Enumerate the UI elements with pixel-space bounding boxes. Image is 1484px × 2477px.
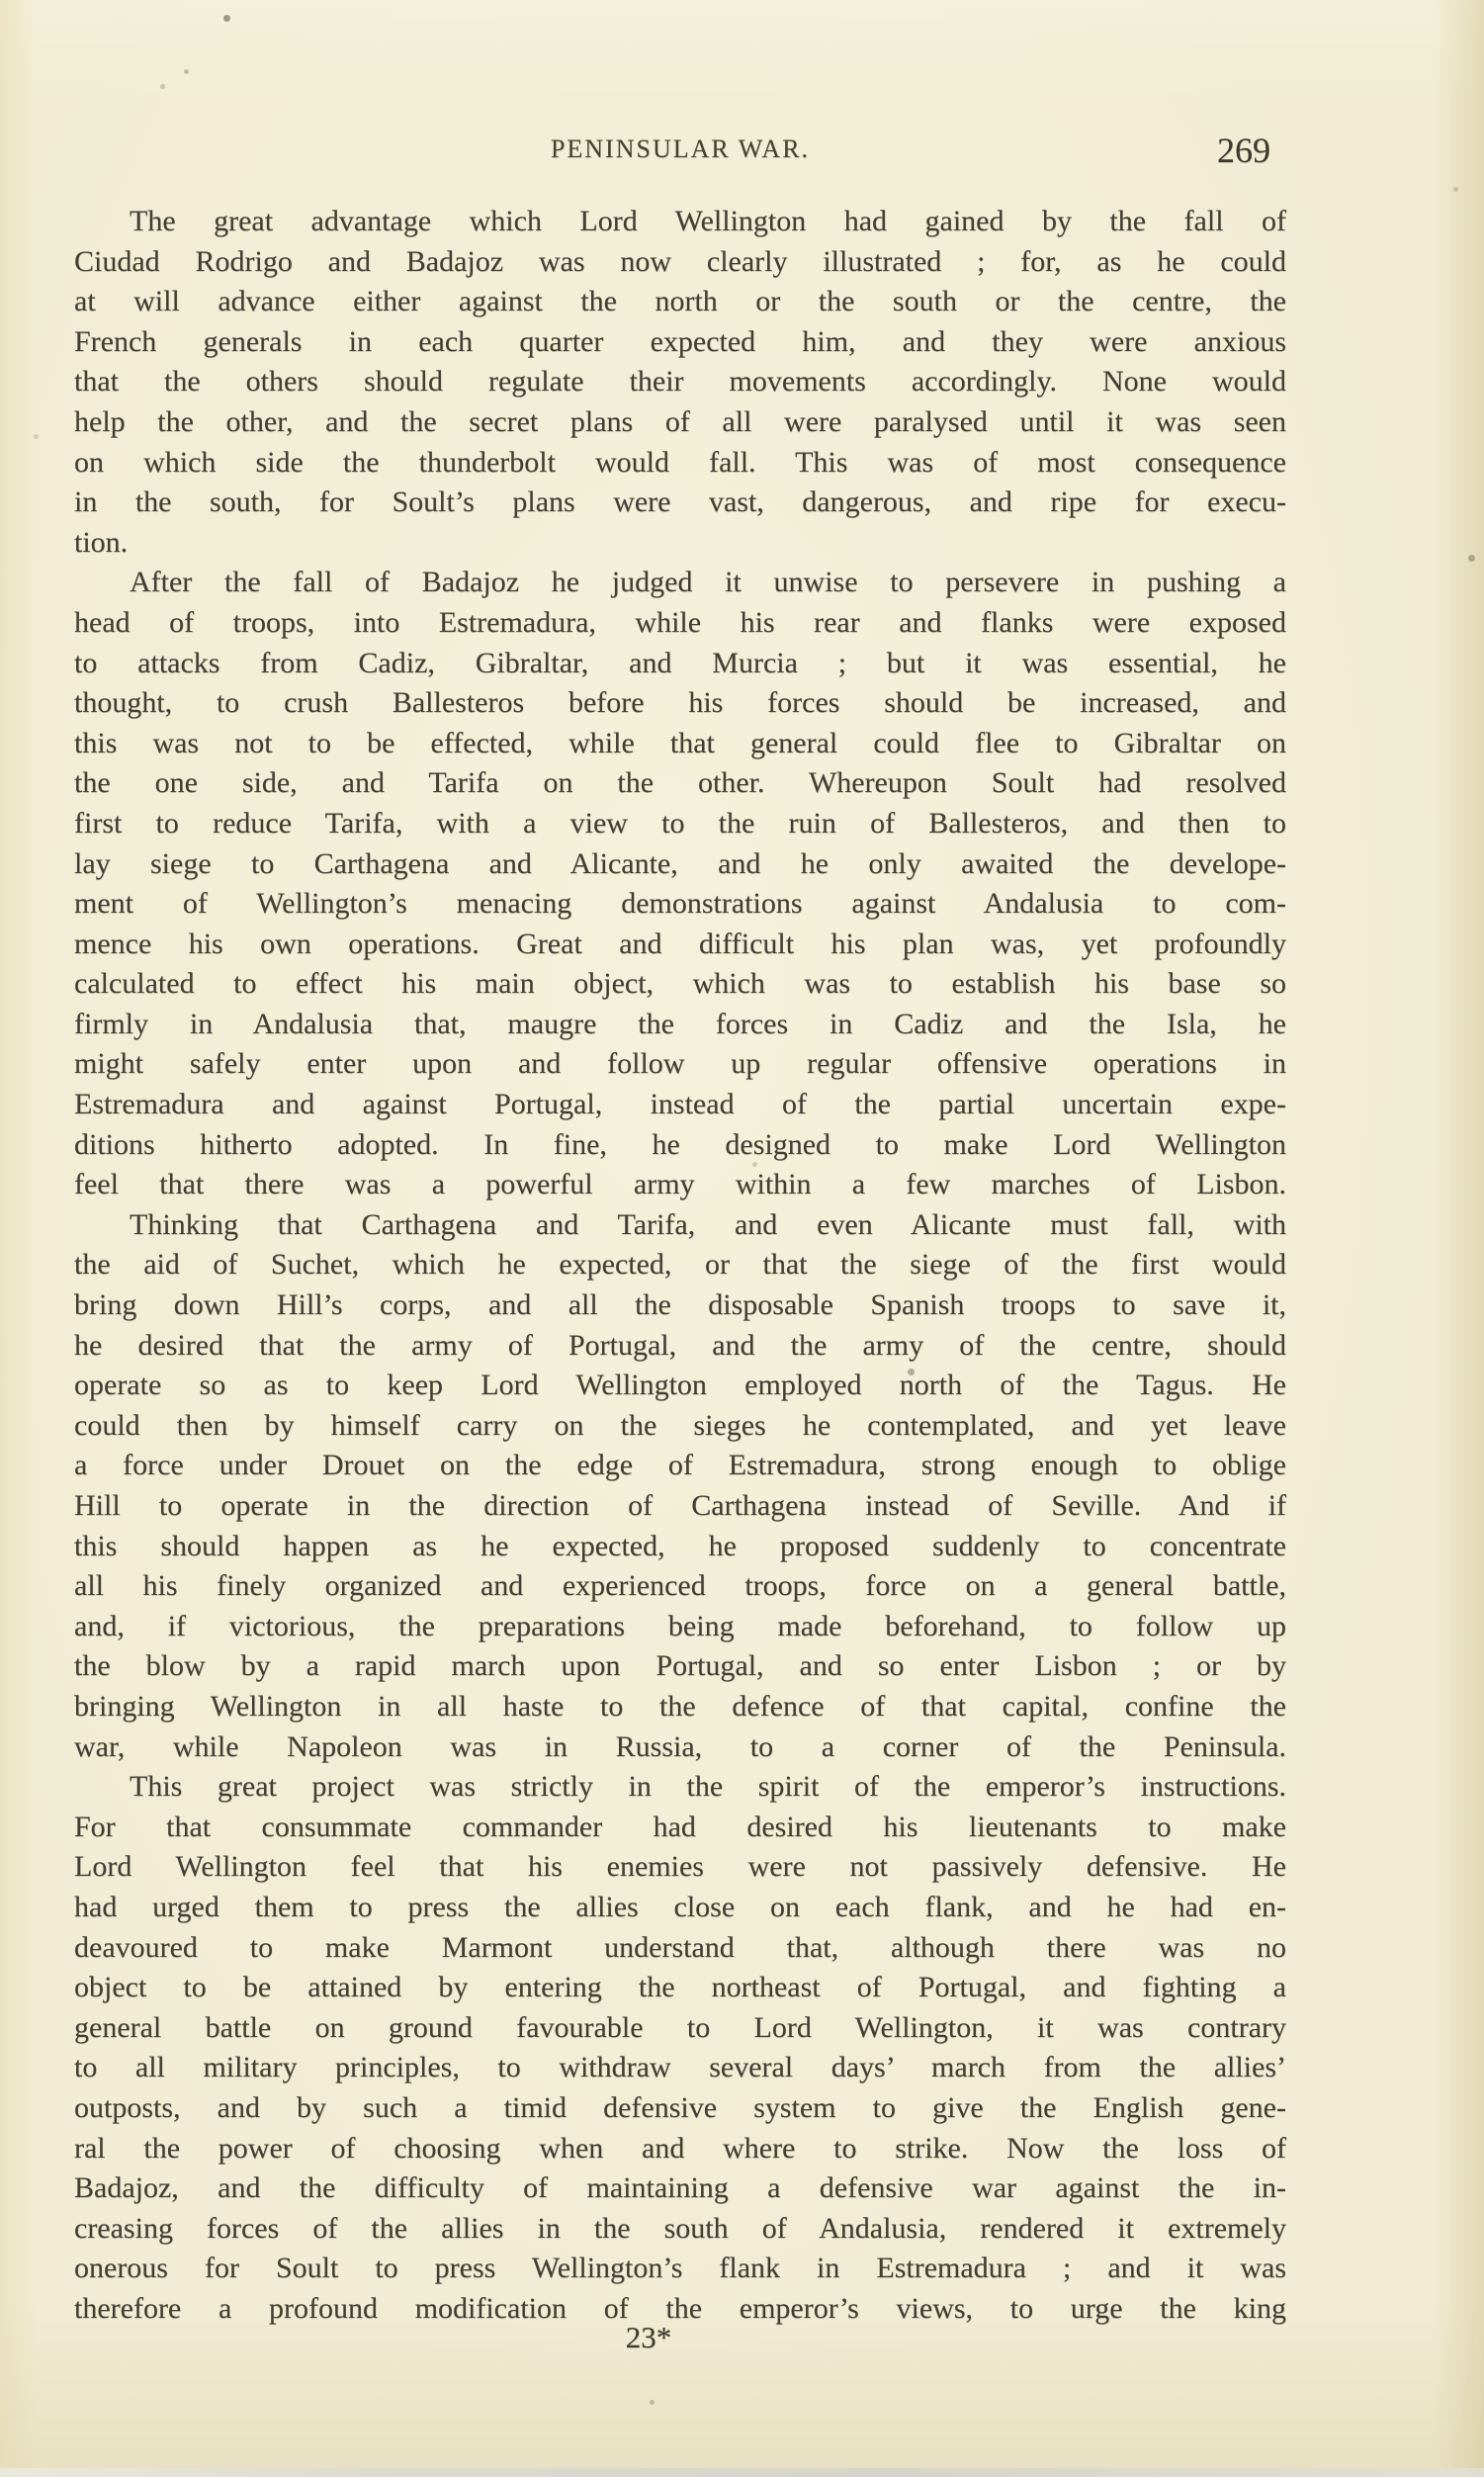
text-line: that the others should regulate their mo… (74, 362, 1286, 402)
signature-mark: 23* (43, 2322, 1255, 2352)
paper-specks (0, 0, 3, 3)
text-line: tion. (74, 523, 1286, 564)
paragraph: Thinking that Carthagena and Tarifa, and… (74, 1205, 1286, 1767)
text-line: Badajoz, and the difficulty of maintaini… (74, 2168, 1286, 2209)
scan-edge (0, 2468, 1484, 2477)
paragraph: This great project was strictly in the s… (74, 1767, 1286, 2329)
page-number: 269 (1217, 133, 1270, 168)
text-line: might safely enter upon and follow up re… (74, 1044, 1286, 1085)
text-line: object to be attained by entering the no… (74, 1968, 1286, 2008)
text-line: The great advantage which Lord Wellingto… (74, 202, 1286, 242)
text-line: this was not to be effected, while that … (74, 724, 1286, 764)
text-line: For that consummate commander had desire… (74, 1808, 1286, 1848)
paragraph: The great advantage which Lord Wellingto… (74, 202, 1286, 563)
text-line: ment of Wellington’s menacing demonstrat… (74, 884, 1286, 925)
text-line: French generals in each quarter expected… (74, 322, 1286, 363)
text-line: to all military principles, to withdraw … (74, 2048, 1286, 2088)
text-line: he desired that the army of Portugal, an… (74, 1326, 1286, 1367)
text-line: thought, to crush Ballesteros before his… (74, 683, 1286, 724)
text-line: calculated to effect his main object, wh… (74, 964, 1286, 1005)
text-line: ral the power of choosing when and where… (74, 2129, 1286, 2169)
text-line: the blow by a rapid march upon Portugal,… (74, 1646, 1286, 1687)
text-line: the one side, and Tarifa on the other. W… (74, 763, 1286, 804)
text-line: ditions hitherto adopted. In fine, he de… (74, 1125, 1286, 1166)
text-line: lay siege to Carthagena and Alicante, an… (74, 844, 1286, 885)
text-line: at will advance either against the north… (74, 282, 1286, 322)
text-line: a force under Drouet on the edge of Estr… (74, 1446, 1286, 1486)
text-line: to attacks from Cadiz, Gibraltar, and Mu… (74, 644, 1286, 684)
paragraph: After the fall of Badajoz he judged it u… (74, 563, 1286, 1205)
text-line: bringing Wellington in all haste to the … (74, 1687, 1286, 1727)
text-line: This great project was strictly in the s… (74, 1767, 1286, 1808)
text-line: Thinking that Carthagena and Tarifa, and… (74, 1205, 1286, 1246)
text-line: help the other, and the secret plans of … (74, 402, 1286, 443)
text-line: Ciudad Rodrigo and Badajoz was now clear… (74, 242, 1286, 283)
text-line: the aid of Suchet, which he expected, or… (74, 1245, 1286, 1285)
text-line: bring down Hill’s corps, and all the dis… (74, 1285, 1286, 1326)
text-line: creasing forces of the allies in the sou… (74, 2209, 1286, 2250)
text-line: operate so as to keep Lord Wellington em… (74, 1366, 1286, 1406)
text-line: head of troops, into Estremadura, while … (74, 603, 1286, 644)
text-line: general battle on ground favourable to L… (74, 2008, 1286, 2049)
text-line: mence his own operations. Great and diff… (74, 925, 1286, 965)
text-line: feel that there was a powerful army with… (74, 1165, 1286, 1205)
text-line: firmly in Andalusia that, maugre the for… (74, 1005, 1286, 1045)
text-line: first to reduce Tarifa, with a view to t… (74, 804, 1286, 844)
text-line: this should happen as he expected, he pr… (74, 1527, 1286, 1567)
body-text-block: The great advantage which Lord Wellingto… (74, 202, 1286, 2329)
text-line: Lord Wellington feel that his enemies we… (74, 1847, 1286, 1888)
text-line: deavoured to make Marmont understand tha… (74, 1928, 1286, 1969)
text-line: Estremadura and against Portugal, instea… (74, 1085, 1286, 1125)
text-line: all his finely organized and experienced… (74, 1566, 1286, 1607)
text-line: Hill to operate in the direction of Cart… (74, 1486, 1286, 1527)
text-line: onerous for Soult to press Wellington’s … (74, 2249, 1286, 2289)
text-line: and, if victorious, the preparations bei… (74, 1607, 1286, 1647)
text-line: war, while Napoleon was in Russia, to a … (74, 1727, 1286, 1768)
text-line: outposts, and by such a timid defensive … (74, 2088, 1286, 2129)
text-line: had urged them to press the allies close… (74, 1888, 1286, 1928)
running-title: PENINSULAR WAR. (74, 136, 1286, 162)
text-line: in the south, for Soult’s plans were vas… (74, 483, 1286, 523)
text-line: on which side the thunderbolt would fall… (74, 443, 1286, 484)
text-line: After the fall of Badajoz he judged it u… (74, 563, 1286, 603)
text-line: could then by himself carry on the siege… (74, 1406, 1286, 1447)
